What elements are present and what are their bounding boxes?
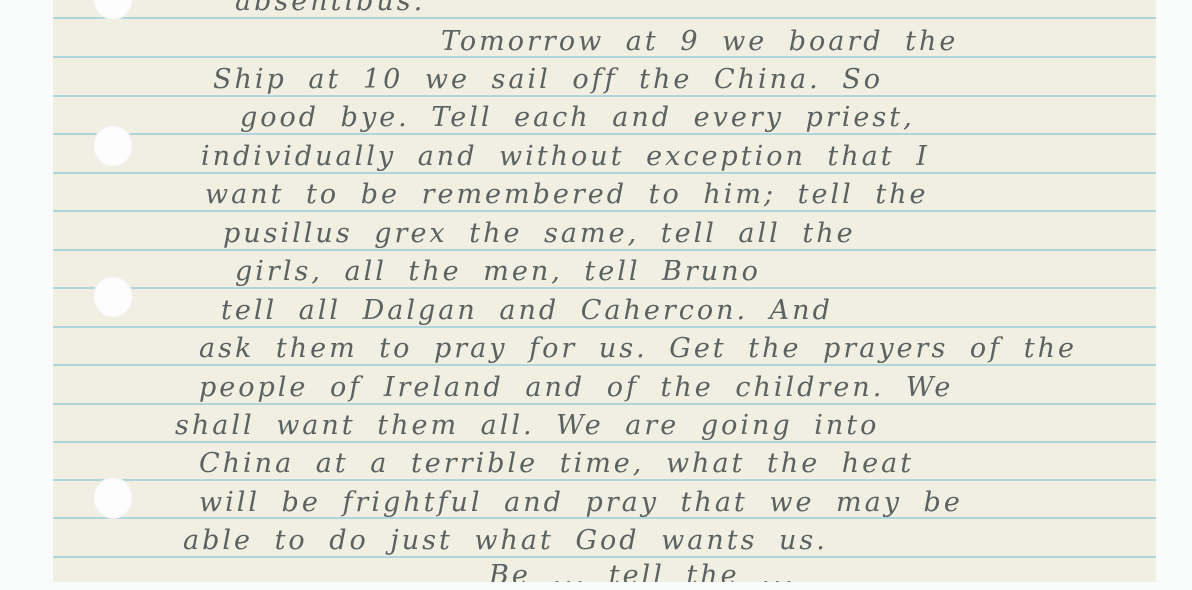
punch-hole xyxy=(93,276,133,318)
letter-line: absentibus. xyxy=(235,0,425,15)
letter-page: absentibus. Tomorrow at 9 we board the S… xyxy=(53,0,1156,582)
rule-line xyxy=(53,479,1156,481)
rule-line xyxy=(53,172,1156,174)
letter-line: Tomorrow at 9 we board the xyxy=(441,28,958,55)
rule-line xyxy=(53,364,1156,366)
rule-line xyxy=(53,403,1156,405)
letter-line: people of Ireland and of the children. W… xyxy=(199,374,953,401)
letter-line: will be frightful and pray that we may b… xyxy=(199,489,963,516)
rule-line xyxy=(53,441,1156,443)
punch-hole xyxy=(93,125,133,167)
rule-line xyxy=(53,287,1156,289)
letter-line: Ship at 10 we sail off the China. So xyxy=(213,66,883,93)
rule-line xyxy=(53,326,1156,328)
rule-line xyxy=(53,556,1156,558)
letter-line: good bye. Tell each and every priest, xyxy=(240,104,915,131)
rule-line xyxy=(53,17,1156,19)
letter-line: China at a terrible time, what the heat xyxy=(199,450,914,477)
letter-line: girls, all the men, tell Bruno xyxy=(235,258,761,285)
rule-line xyxy=(53,249,1156,251)
letter-line: tell all Dalgan and Cahercon. And xyxy=(221,297,833,324)
rule-line xyxy=(53,95,1156,97)
letter-line: shall want them all. We are going into xyxy=(175,412,879,439)
letter-line: able to do just what God wants us. xyxy=(183,527,828,554)
letter-line: Be ... tell the ... xyxy=(489,562,796,582)
letter-line: ask them to pray for us. Get the prayers… xyxy=(199,335,1077,362)
punch-hole xyxy=(93,477,133,519)
rule-line xyxy=(53,133,1156,135)
letter-line: individually and without exception that … xyxy=(201,143,930,170)
letter-line: want to be remembered to him; tell the xyxy=(205,181,929,208)
letter-line: pusillus grex the same, tell all the xyxy=(223,220,856,247)
rule-line xyxy=(53,210,1156,212)
